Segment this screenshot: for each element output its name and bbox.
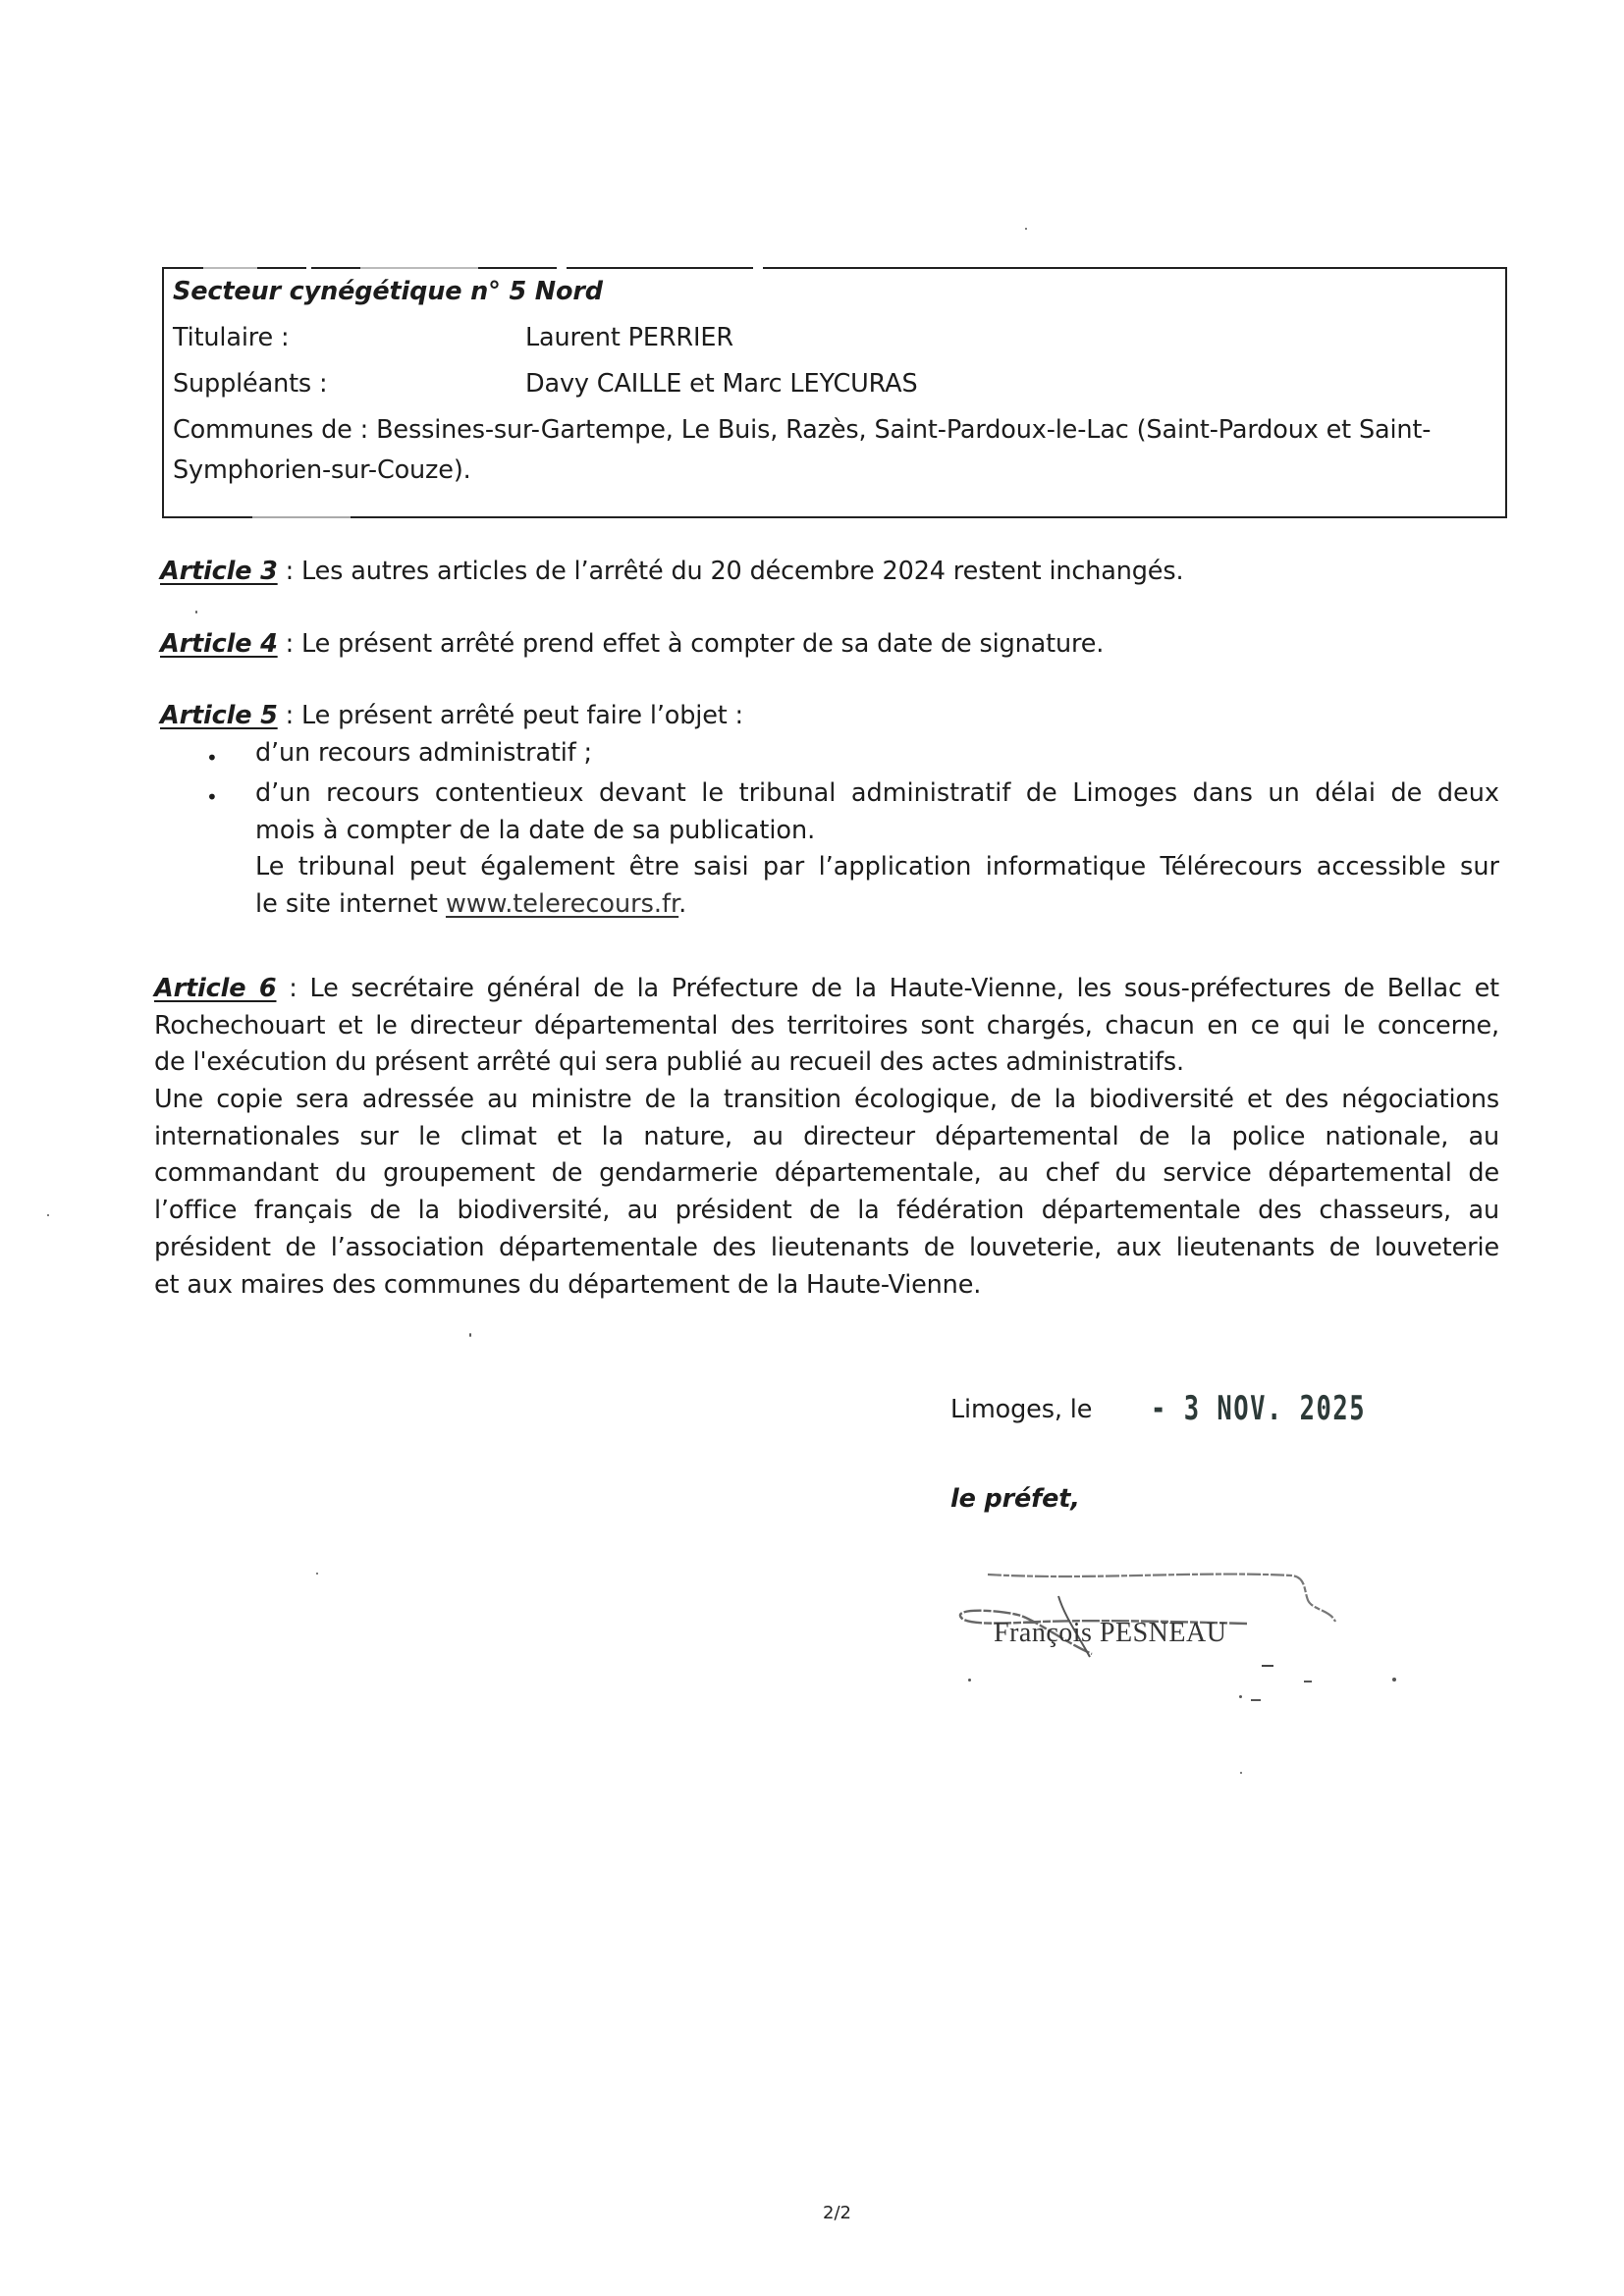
scan-speck — [968, 1679, 971, 1682]
scan-speck — [316, 1573, 318, 1575]
bullet-item-1: d’un recours administratif ; — [255, 738, 592, 768]
article-5-text: : Le présent arrêté peut faire l’objet : — [278, 701, 743, 730]
article-6-line: internationales sur le climat et la natu… — [154, 1119, 1499, 1156]
article-5-label: Article 5 — [160, 701, 278, 730]
scan-speck — [195, 611, 197, 614]
article-6-line: Une copie sera adressée au ministre de l… — [154, 1082, 1499, 1119]
page-number: 2/2 — [823, 2203, 851, 2223]
titulaire-value: Laurent PERRIER — [525, 323, 733, 352]
article-3-text: : Les autres articles de l’arrêté du 20 … — [278, 557, 1184, 586]
article-6-line: et aux maires des communes du départemen… — [154, 1267, 1499, 1305]
article-3: Article 3 : Les autres articles de l’arr… — [160, 557, 1183, 586]
article-6-label: Article 6 — [154, 974, 276, 1003]
scan-mark — [1251, 1699, 1261, 1701]
handwritten-signature-icon — [943, 1561, 1375, 1669]
bullet-item-2-line-2: mois à compter de la date de sa publicat… — [255, 813, 1499, 850]
scan-mark — [1304, 1681, 1312, 1682]
sector-heading: Secteur cynégétique n° 5 Nord — [173, 277, 603, 306]
titulaire-label: Titulaire : — [173, 323, 290, 352]
telerecours-line: Le tribunal peut également être saisi pa… — [255, 849, 1499, 886]
scan-speck — [1239, 1695, 1242, 1698]
signature-place: Limoges, le — [950, 1395, 1092, 1424]
scan-speck — [469, 1333, 471, 1337]
suppleants-value: Davy CAILLE et Marc LEYCURAS — [525, 369, 918, 399]
article-4-text: : Le présent arrêté prend effet à compte… — [278, 629, 1105, 659]
bullet-icon: • — [206, 746, 218, 770]
communes-line-1: Communes de : Bessines-sur-Gartempe, Le … — [173, 415, 1431, 445]
article-6: Article 6 : Le secrétaire général de la … — [154, 971, 1499, 1304]
article-5: Article 5 : Le présent arrêté peut faire… — [160, 701, 743, 730]
scan-speck — [1392, 1678, 1396, 1682]
telerecours-link[interactable]: www.telerecours.fr — [446, 889, 678, 919]
bullet-item-2-line-1: d’un recours contentieux devant le tribu… — [255, 775, 1499, 813]
communes-line-2: Symphorien-sur-Couze). — [173, 455, 471, 485]
box-bottom-border-fade — [252, 516, 351, 518]
article-6-line: l’office français de la biodiversité, au… — [154, 1193, 1499, 1230]
article-3-label: Article 3 — [160, 557, 278, 586]
article-4-label: Article 4 — [160, 629, 278, 659]
bullet-icon: • — [206, 785, 218, 809]
suppleants-label: Suppléants : — [173, 369, 327, 399]
article-6-line: commandant du groupement de gendarmerie … — [154, 1155, 1499, 1193]
article-6-line-1: Article 6 : Le secrétaire général de la … — [154, 971, 1499, 1008]
scan-speck — [1240, 1772, 1242, 1774]
article-6-line: de l'exécution du présent arrêté qui ser… — [154, 1044, 1499, 1082]
scan-mark — [1262, 1665, 1273, 1667]
article-6-line: président de l’association départemental… — [154, 1230, 1499, 1267]
date-stamp: - 3 NOV. 2025 — [1151, 1389, 1366, 1428]
bullet-item-2: d’un recours contentieux devant le tribu… — [255, 775, 1499, 924]
telerecours-suffix: . — [678, 889, 686, 919]
scan-speck — [47, 1214, 49, 1216]
scan-speck — [1025, 228, 1027, 230]
article-6-line-1-text: : Le secrétaire général de la Préfecture… — [276, 974, 1499, 1003]
telerecours-prefix: le site internet — [255, 889, 446, 919]
article-4: Article 4 : Le présent arrêté prend effe… — [160, 629, 1104, 659]
signature-title: le préfet, — [950, 1484, 1080, 1514]
signatory-name: François PESNEAU — [994, 1618, 1226, 1649]
telerecours-site-line: le site internet www.telerecours.fr. — [255, 886, 1499, 924]
article-6-line: Rochechouart et le directeur département… — [154, 1008, 1499, 1045]
box-top-border — [164, 267, 851, 269]
